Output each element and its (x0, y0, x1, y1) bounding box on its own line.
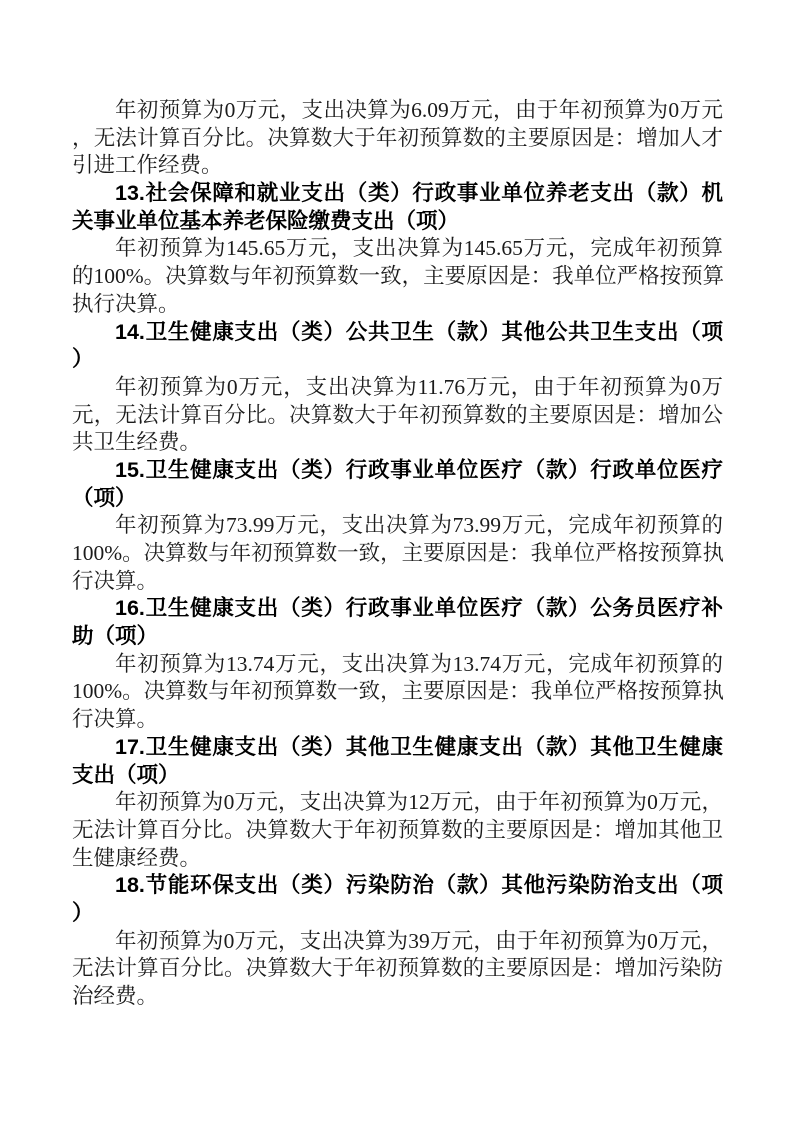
paragraph-line: 100%。决算数与年初预算数一致，主要原因是：我单位严格按预算执 (72, 540, 723, 568)
paragraph-line: 行决算。 (72, 568, 723, 596)
document-content: 年初预算为0万元，支出决算为6.09万元，由于年初预算为0万元，无法计算百分比。… (72, 97, 723, 1011)
heading-line: 13.社会保障和就业支出（类）行政事业单位养老支出（款）机 (72, 180, 723, 208)
paragraph-line: 年初预算为145.65万元，支出决算为145.65万元，完成年初预算 (72, 235, 723, 263)
expense-paragraph-block: 年初预算为0万元，支出决算为6.09万元，由于年初预算为0万元，无法计算百分比。… (72, 97, 723, 180)
heading-line: 支出（项） (72, 762, 723, 790)
heading-line: （项） (72, 485, 723, 513)
paragraph-line: 生健康经费。 (72, 845, 723, 873)
expense-heading-block: 18.节能环保支出（类）污染防治（款）其他污染防治支出（项） (72, 872, 723, 927)
expense-paragraph-block: 年初预算为0万元，支出决算为39万元，由于年初预算为0万元，无法计算百分比。决算… (72, 928, 723, 1011)
heading-line: 14.卫生健康支出（类）公共卫生（款）其他公共卫生支出（项 (72, 319, 723, 347)
paragraph-line: 的100%。决算数与年初预算数一致，主要原因是：我单位严格按预算 (72, 263, 723, 291)
paragraph-line: 治经费。 (72, 983, 723, 1011)
paragraph-line: 元，无法计算百分比。决算数大于年初预算数的主要原因是：增加公 (72, 402, 723, 430)
paragraph-line: 年初预算为0万元，支出决算为6.09万元，由于年初预算为0万元 (72, 97, 723, 125)
paragraph-line: 年初预算为0万元，支出决算为12万元，由于年初预算为0万元， (72, 789, 723, 817)
heading-line: ） (72, 900, 723, 928)
expense-paragraph-block: 年初预算为13.74万元，支出决算为13.74万元，完成年初预算的100%。决算… (72, 651, 723, 734)
paragraph-line: 共卫生经费。 (72, 429, 723, 457)
paragraph-line: ，无法计算百分比。决算数大于年初预算数的主要原因是：增加人才 (72, 125, 723, 153)
paragraph-line: 执行决算。 (72, 291, 723, 319)
expense-heading-block: 14.卫生健康支出（类）公共卫生（款）其他公共卫生支出（项） (72, 319, 723, 374)
paragraph-line: 年初预算为13.74万元，支出决算为13.74万元，完成年初预算的 (72, 651, 723, 679)
expense-heading-block: 16.卫生健康支出（类）行政事业单位医疗（款）公务员医疗补助（项） (72, 595, 723, 650)
heading-line: 关事业单位基本养老保险缴费支出（项） (72, 208, 723, 236)
heading-line: 17.卫生健康支出（类）其他卫生健康支出（款）其他卫生健康 (72, 734, 723, 762)
paragraph-line: 100%。决算数与年初预算数一致，主要原因是：我单位严格按预算执 (72, 678, 723, 706)
expense-heading-block: 13.社会保障和就业支出（类）行政事业单位养老支出（款）机关事业单位基本养老保险… (72, 180, 723, 235)
expense-paragraph-block: 年初预算为145.65万元，支出决算为145.65万元，完成年初预算的100%。… (72, 235, 723, 318)
heading-line: ） (72, 346, 723, 374)
paragraph-line: 年初预算为73.99万元，支出决算为73.99万元，完成年初预算的 (72, 512, 723, 540)
heading-line: 18.节能环保支出（类）污染防治（款）其他污染防治支出（项 (72, 872, 723, 900)
expense-paragraph-block: 年初预算为0万元，支出决算为12万元，由于年初预算为0万元，无法计算百分比。决算… (72, 789, 723, 872)
paragraph-line: 引进工作经费。 (72, 152, 723, 180)
paragraph-line: 行决算。 (72, 706, 723, 734)
expense-paragraph-block: 年初预算为73.99万元，支出决算为73.99万元，完成年初预算的100%。决算… (72, 512, 723, 595)
paragraph-line: 无法计算百分比。决算数大于年初预算数的主要原因是：增加其他卫 (72, 817, 723, 845)
expense-heading-block: 15.卫生健康支出（类）行政事业单位医疗（款）行政单位医疗（项） (72, 457, 723, 512)
expense-heading-block: 17.卫生健康支出（类）其他卫生健康支出（款）其他卫生健康支出（项） (72, 734, 723, 789)
paragraph-line: 年初预算为0万元，支出决算为39万元，由于年初预算为0万元， (72, 928, 723, 956)
paragraph-line: 无法计算百分比。决算数大于年初预算数的主要原因是：增加污染防 (72, 955, 723, 983)
heading-line: 助（项） (72, 623, 723, 651)
heading-line: 15.卫生健康支出（类）行政事业单位医疗（款）行政单位医疗 (72, 457, 723, 485)
heading-line: 16.卫生健康支出（类）行政事业单位医疗（款）公务员医疗补 (72, 595, 723, 623)
document-page: 年初预算为0万元，支出决算为6.09万元，由于年初预算为0万元，无法计算百分比。… (0, 0, 793, 1122)
expense-paragraph-block: 年初预算为0万元，支出决算为11.76万元，由于年初预算为0万元，无法计算百分比… (72, 374, 723, 457)
paragraph-line: 年初预算为0万元，支出决算为11.76万元，由于年初预算为0万 (72, 374, 723, 402)
